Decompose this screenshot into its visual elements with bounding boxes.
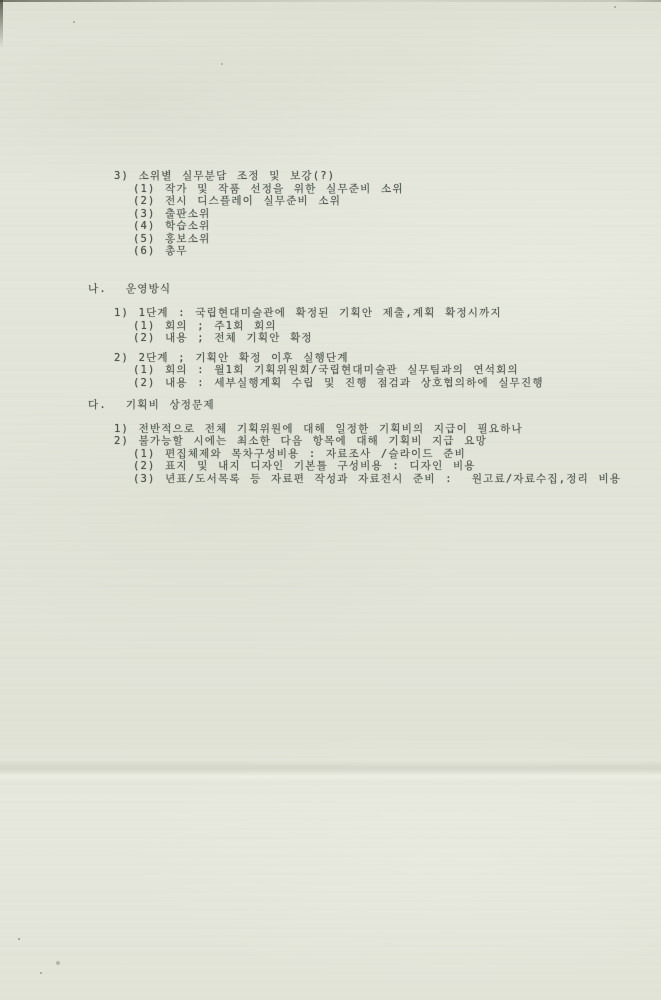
section-heading-da: 다. 기획비 상정문제 [0, 399, 661, 412]
list-subitem-na-2-2: (2) 내용 : 세부실행계획 수립 및 진행 점검과 상호협의하에 실무진행 [0, 377, 661, 390]
list-item-3: 3) 소위별 실무분담 조정 및 보강(?) [0, 170, 661, 183]
list-subitem-da-2-2: (2) 표지 및 내지 디자인 기본틀 구성비용 : 디자인 비용 [0, 460, 661, 473]
list-subitem-3-2: (2) 전시 디스플레이 실무준비 소위 [0, 195, 661, 208]
fold-crease-line [0, 760, 661, 782]
list-subitem-3-6: (6) 총무 [0, 245, 661, 258]
list-item-na-1: 1) 1단계 : 국립현대미술관에 확정된 기획안 제출,계획 확정시까지 [0, 307, 661, 320]
list-subitem-na-1-2: (2) 내용 ; 전체 기획안 확정 [0, 332, 661, 345]
paper-mottle-texture [0, 0, 661, 1000]
list-subitem-3-3: (3) 출판소위 [0, 208, 661, 221]
list-subitem-3-1: (1) 작가 및 작품 선정을 위한 실무준비 소위 [0, 183, 661, 196]
scanner-left-edge-artifact [0, 0, 3, 48]
list-item-da-2: 2) 불가능할 시에는 최소한 다음 항목에 대해 기획비 지급 요망 [0, 435, 661, 448]
scanner-top-edge-artifact [0, 0, 661, 2]
list-subitem-da-2-1: (1) 편집체제와 목차구성비용 : 자료조사 /슬라이드 준비 [0, 448, 661, 461]
list-subitem-da-2-3: (3) 년표/도서목록 등 자료편 작성과 자료전시 준비 : 원고료/자료수집… [0, 473, 661, 486]
typewritten-text: 3) 소위별 실무분담 조정 및 보강(?)(1) 작가 및 작품 선정을 위한… [0, 170, 661, 485]
list-subitem-na-1-1: (1) 회의 ; 주1회 회의 [0, 320, 661, 333]
section-heading-na: 나. 운영방식 [0, 283, 661, 296]
list-item-da-1: 1) 전반적으로 전체 기획위원에 대해 일정한 기획비의 지급이 필요하나 [0, 423, 661, 436]
list-subitem-na-2-1: (1) 회의 : 월1회 기획위원회/국립현대미술관 실무팀과의 연석회의 [0, 364, 661, 377]
list-subitem-3-4: (4) 학습소위 [0, 220, 661, 233]
list-subitem-3-5: (5) 홍보소위 [0, 233, 661, 246]
list-item-na-2: 2) 2단계 ; 기획안 확정 이후 실행단계 [0, 352, 661, 365]
scanned-document-page: 3) 소위별 실무분담 조정 및 보강(?)(1) 작가 및 작품 선정을 위한… [0, 0, 661, 1000]
paper-grain-texture [0, 0, 661, 1000]
toner-specks [18, 938, 20, 940]
scan-streaks-texture [0, 0, 661, 1000]
